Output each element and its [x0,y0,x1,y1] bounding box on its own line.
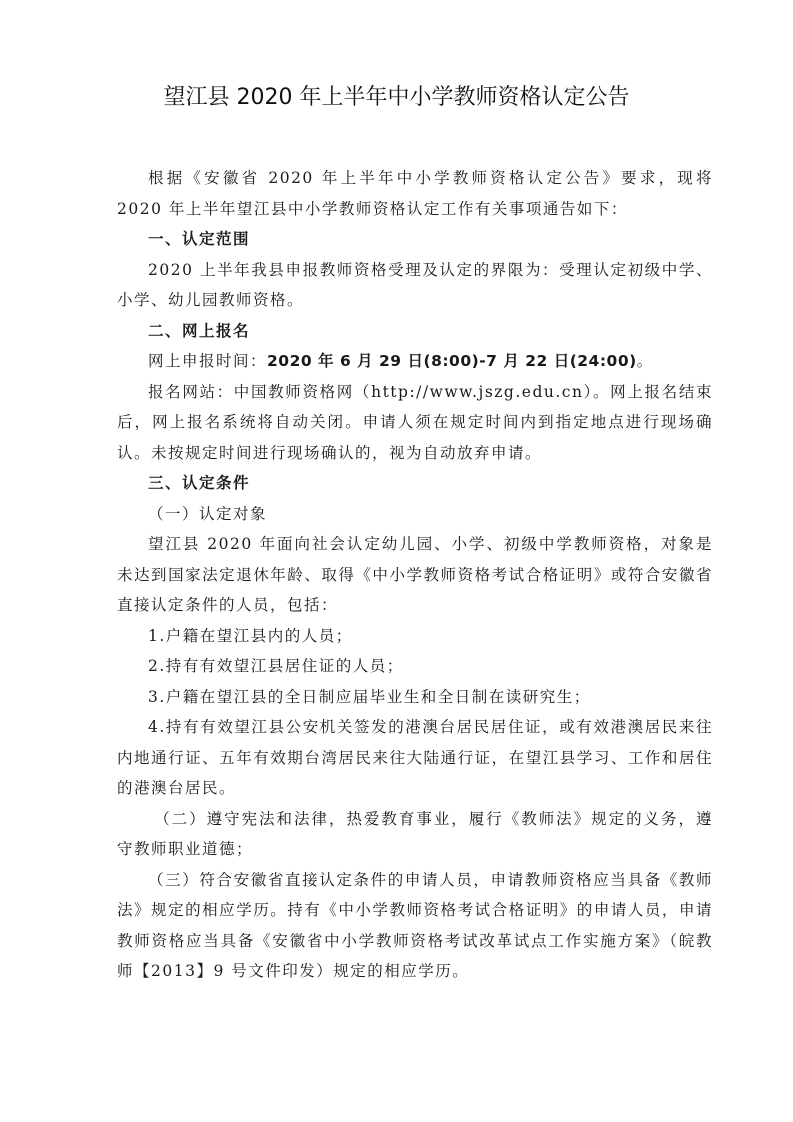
registration-time-paragraph: 网上申报时间：2020 年 6 月 29 日(8:00)-7 月 22 日(24… [117,346,713,377]
condition-education-paragraph: （三）符合安徽省直接认定条件的申请人员，申请教师资格应当具备《教师法》规定的相应… [117,865,713,987]
applicant-item: 4.持有有效望江县公安机关签发的港澳台居民居住证，或有效港澳居民来往内地通行证、… [117,712,713,804]
subsection-heading-applicants: （一）认定对象 [117,499,713,530]
applicant-item: 2.持有有效望江县居住证的人员； [117,651,713,682]
section-heading-conditions: 三、认定条件 [117,468,713,499]
applicants-paragraph: 望江县 2020 年面向社会认定幼儿园、小学、初级中学教师资格，对象是未达到国家… [117,529,713,621]
scope-paragraph: 2020 上半年我县申报教师资格受理及认定的界限为：受理认定初级中学、小学、幼儿… [117,255,713,316]
intro-paragraph: 根据《安徽省 2020 年上半年中小学教师资格认定公告》要求，现将 2020 年… [117,163,713,224]
section-heading-scope: 一、认定范围 [117,224,713,255]
section-heading-online-registration: 二、网上报名 [117,316,713,347]
condition-law-paragraph: （二）遵守宪法和法律，热爱教育事业，履行《教师法》规定的义务，遵守教师职业道德； [117,804,713,865]
document-page: 望江县 2020 年上半年中小学教师资格认定公告 根据《安徽省 2020 年上半… [0,0,793,1122]
registration-time-value: 2020 年 6 月 29 日(8:00)-7 月 22 日(24:00) [267,352,637,370]
applicant-item: 3.户籍在望江县的全日制应届毕业生和全日制在读研究生； [117,682,713,713]
applicant-item: 1.户籍在望江县内的人员； [117,621,713,652]
registration-time-end: 。 [637,352,654,370]
document-body: 根据《安徽省 2020 年上半年中小学教师资格认定公告》要求，现将 2020 年… [117,163,713,987]
registration-website-paragraph: 报名网站：中国教师资格网（http://www.jszg.edu.cn）。网上报… [117,377,713,469]
document-title: 望江县 2020 年上半年中小学教师资格认定公告 [0,80,793,111]
registration-time-label: 网上申报时间： [148,352,267,370]
